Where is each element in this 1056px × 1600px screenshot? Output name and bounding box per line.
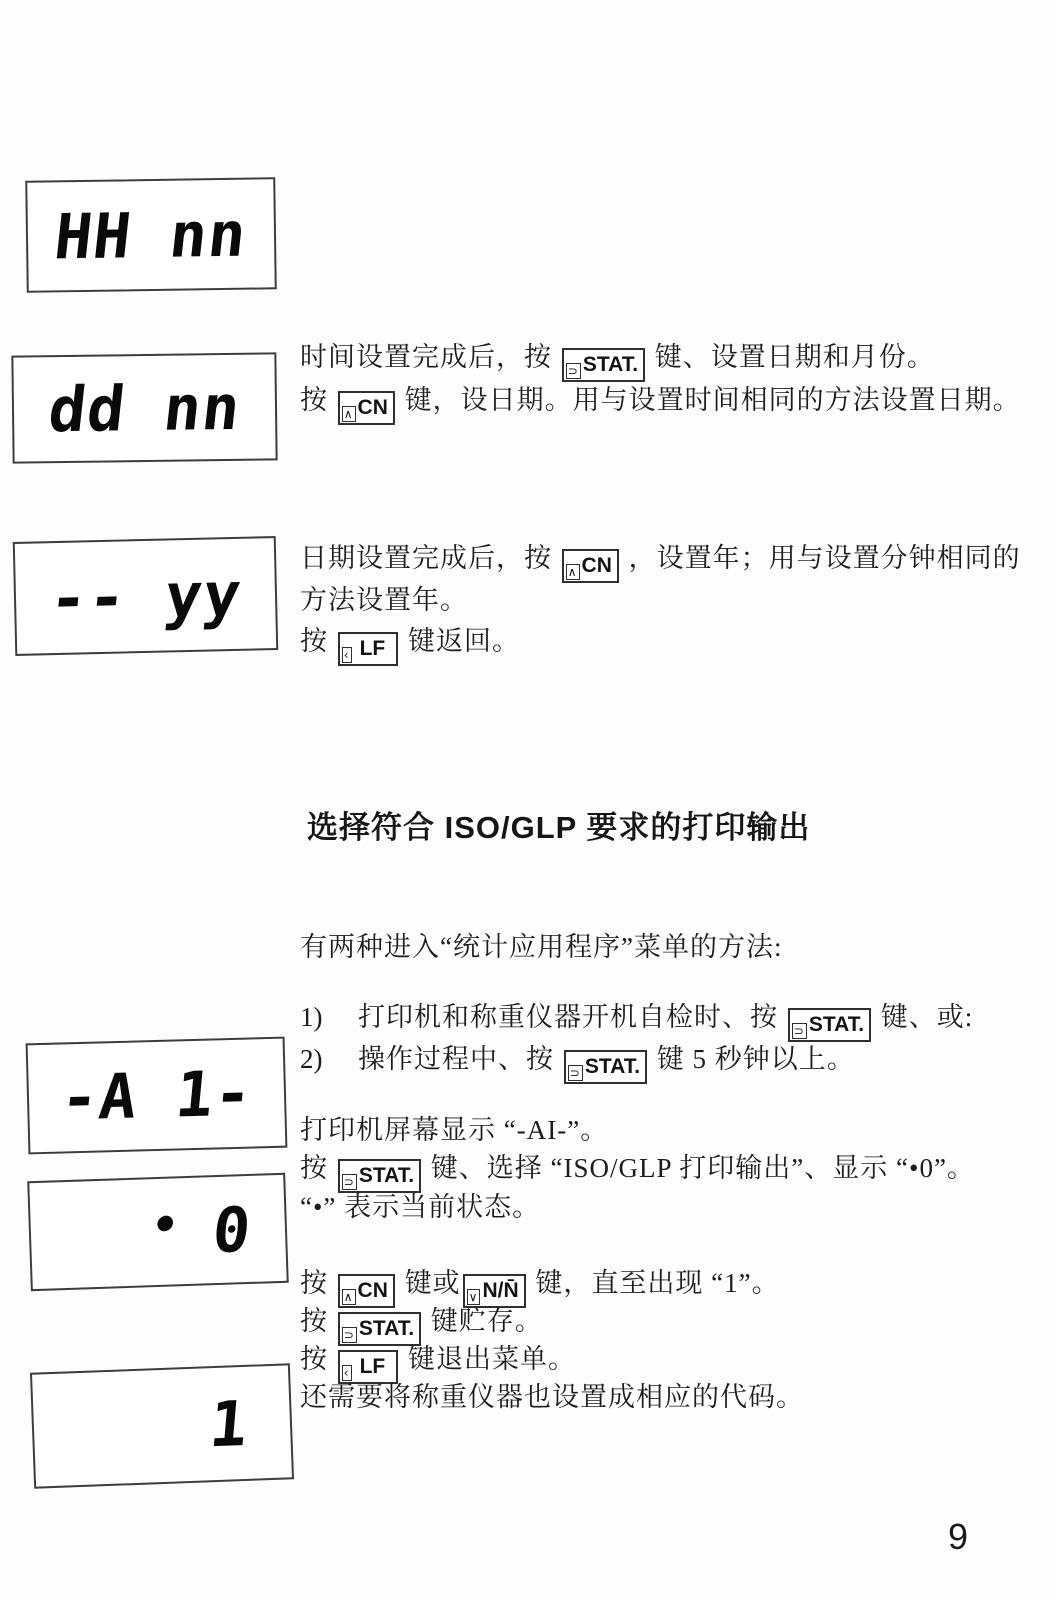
keycap-stat: ⊃STAT. — [338, 1159, 421, 1193]
instruction-text: 按 — [300, 1268, 336, 1298]
lcd-display-one: 1 — [30, 1363, 294, 1488]
key-label: CN — [582, 554, 612, 577]
instruction-text: 按 — [300, 385, 336, 415]
list-number: 2) — [300, 1042, 358, 1076]
key-arrow-icon: ⊃ — [568, 1065, 583, 1081]
section-heading: 选择符合 ISO/GLP 要求的打印输出 — [307, 802, 810, 847]
key-arrow-icon: ⊃ — [342, 1174, 357, 1190]
instruction-text: 还需要将称重仪器也设置成相应的代码。 — [300, 1382, 804, 1412]
key-arrow-icon: ‹ — [342, 1365, 352, 1381]
key-arrow-icon: ∧ — [342, 1289, 356, 1305]
lcd-status-dot: • — [150, 1199, 181, 1251]
instruction-text: 按 — [300, 1344, 336, 1374]
instruction-line-d3: “•” 表示当前状态。 — [300, 1190, 540, 1224]
instruction-text: 按 — [300, 1153, 336, 1183]
key-arrow-icon: ⊃ — [792, 1023, 807, 1039]
instruction-text: 键、选择 “ISO/GLP 打印输出”、显示 “•0”。 — [423, 1153, 975, 1183]
instruction-text: 键，设日期。用与设置时间相同的方法设置日期。 — [397, 385, 1021, 415]
instruction-line-b1: 日期设置完成后，按 ∧CN ，设置年；用与设置分钟相同的 — [300, 541, 1021, 583]
instruction-text: 打印机屏幕显示 “-AI-”。 — [300, 1115, 608, 1145]
lcd-text: dd nn — [45, 370, 245, 445]
key-label: STAT. — [583, 353, 638, 376]
instruction-text: 键，直至出现 “1”。 — [528, 1268, 780, 1298]
instruction-text: 操作过程中、按 — [358, 1044, 562, 1074]
lcd-display-dot-0: • 0 — [27, 1173, 289, 1291]
key-arrow-icon: ‹ — [342, 647, 352, 663]
instruction-text: ，设置年；用与设置分钟相同的 — [621, 543, 1021, 573]
instruction-text: 键贮存。 — [423, 1306, 543, 1336]
lcd-text: 1 — [206, 1386, 251, 1461]
keycap-stat: ⊃STAT. — [788, 1008, 871, 1042]
keycap-stat: ⊃STAT. — [562, 348, 645, 382]
lcd-display-dd-nn: dd nn — [11, 352, 277, 463]
instruction-line-a1: 时间设置完成后，按 ⊃STAT. 键、设置日期和月份。 — [300, 340, 935, 382]
instruction-text: “•” 表示当前状态。 — [300, 1192, 540, 1222]
lcd-display-hh-nn: HH nn — [25, 177, 277, 292]
key-arrow-icon: ⊃ — [566, 363, 581, 379]
key-label: LF — [354, 1355, 392, 1378]
key-label: CN — [358, 1279, 388, 1302]
manual-page: HH nn dd nn -- yy -A 1- • 0 1 时间设置完成后，按 … — [0, 0, 1056, 1600]
keycap-lf: ‹LF — [338, 1350, 398, 1384]
key-label: N/N̄ — [482, 1279, 518, 1302]
lcd-text: 0 — [209, 1192, 254, 1267]
instruction-text: 方法设置年。 — [300, 585, 468, 615]
instruction-text: 键返回。 — [400, 626, 520, 656]
instruction-line-c1: 有两种进入“统计应用程序”菜单的方法: — [300, 930, 782, 964]
keycap-stat: ⊃STAT. — [338, 1312, 421, 1346]
instruction-text: 按 — [300, 1306, 336, 1336]
list-item-1: 1)打印机和称重仪器开机自检时、按 ⊃STAT. 键、或: — [300, 1000, 973, 1042]
instruction-text: 键 5 秒钟以上。 — [649, 1044, 855, 1074]
key-label: CN — [358, 396, 388, 419]
key-label: STAT. — [809, 1013, 864, 1036]
keycap-lf: ‹LF — [338, 632, 398, 666]
lcd-display-yy: -- yy — [13, 536, 279, 656]
instruction-line-e2: 按 ⊃STAT. 键贮存。 — [300, 1304, 543, 1346]
keycap-cn: ∧CN — [338, 1274, 395, 1308]
keycap-stat: ⊃STAT. — [564, 1050, 647, 1084]
instruction-text: 有两种进入“统计应用程序”菜单的方法: — [300, 932, 782, 962]
instruction-text: 时间设置完成后，按 — [300, 342, 560, 372]
lcd-text: HH nn — [51, 197, 251, 273]
page-number: 9 — [948, 1516, 968, 1558]
key-arrow-icon: ∧ — [566, 564, 580, 580]
instruction-line-b2: 方法设置年。 — [300, 583, 468, 617]
key-label: STAT. — [359, 1164, 414, 1187]
instruction-line-e3: 按 ‹LF 键退出菜单。 — [300, 1342, 576, 1384]
lcd-text: -- yy — [46, 557, 245, 635]
key-arrow-icon: ⊃ — [342, 1327, 357, 1343]
lcd-text: -A 1- — [57, 1056, 256, 1134]
instruction-line-d1: 打印机屏幕显示 “-AI-”。 — [300, 1113, 608, 1147]
instruction-text: 按 — [300, 626, 336, 656]
list-number: 1) — [300, 1000, 358, 1034]
instruction-text: 打印机和称重仪器开机自检时、按 — [358, 1002, 786, 1032]
instruction-text: 键退出菜单。 — [400, 1344, 576, 1374]
instruction-text: 键或 — [397, 1268, 461, 1298]
keycap-cn: ∧CN — [338, 391, 395, 425]
list-item-2: 2)操作过程中、按 ⊃STAT. 键 5 秒钟以上。 — [300, 1042, 855, 1084]
key-label: LF — [354, 637, 392, 660]
keycap-nn: ∨N/N̄ — [463, 1274, 526, 1308]
instruction-text: 键、设置日期和月份。 — [647, 342, 935, 372]
key-arrow-icon: ∨ — [467, 1289, 481, 1305]
lcd-display-a1: -A 1- — [26, 1037, 288, 1155]
key-label: STAT. — [585, 1055, 640, 1078]
instruction-line-a2: 按 ∧CN 键，设日期。用与设置时间相同的方法设置日期。 — [300, 383, 1021, 425]
key-label: STAT. — [359, 1317, 414, 1340]
instruction-text: 日期设置完成后，按 — [300, 543, 560, 573]
instruction-line-b3: 按 ‹LF 键返回。 — [300, 624, 520, 666]
instruction-line-d2: 按 ⊃STAT. 键、选择 “ISO/GLP 打印输出”、显示 “•0”。 — [300, 1151, 975, 1193]
key-arrow-icon: ∧ — [342, 406, 356, 422]
instruction-line-e1: 按 ∧CN 键或∨N/N̄ 键，直至出现 “1”。 — [300, 1266, 780, 1308]
keycap-cn: ∧CN — [562, 549, 619, 583]
instruction-line-e4: 还需要将称重仪器也设置成相应的代码。 — [300, 1380, 804, 1414]
instruction-text: 键、或: — [873, 1002, 973, 1032]
